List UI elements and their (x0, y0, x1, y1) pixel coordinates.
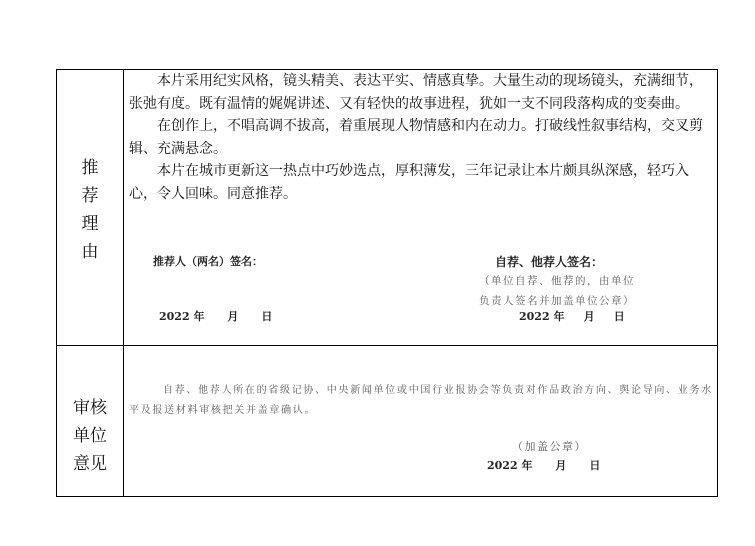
label-char: 理 (57, 210, 123, 238)
review-instruction-text: 自荐、他荐人所在的省级记协、中央新闻单位或中国行业报协会等负责对作品政治方向、舆… (129, 381, 715, 421)
self-recommender-signature-label: 自荐、他荐人签名： (495, 253, 603, 270)
label-char: 由 (57, 238, 123, 266)
self-recommender-date: 2022 年 月 日 (519, 308, 625, 324)
label-line: 审核 (57, 394, 123, 422)
review-date: 2022 年 月 日 (487, 457, 600, 473)
review-opinion-label: 审核 单位 意见 (57, 394, 123, 478)
label-char: 推 (57, 154, 123, 182)
label-line: 单位 (57, 422, 123, 450)
reason-paragraph: 本片在城市更新这一热点中巧妙选点，厚积薄发，三年记录让本片颇具纵深感，轻巧入心，… (129, 160, 709, 205)
recommendation-reason-label: 推 荐 理 由 (57, 154, 123, 266)
reason-paragraph: 在创作上，不唱高调不拔高，着重展现人物情感和内在动力。打破线性叙事结构，交叉剪辑… (129, 115, 709, 160)
recommender-date: 2022 年 月 日 (159, 308, 272, 324)
review-paragraph: 自荐、他荐人所在的省级记协、中央新闻单位或中国行业报协会等负责对作品政治方向、舆… (129, 381, 715, 421)
reason-paragraph: 本片采用纪实风格，镜头精美、表达平实、情感真挚。大量生动的现场镜头，充满细节，张… (129, 70, 709, 115)
label-char: 荐 (57, 182, 123, 210)
recommender-signature-label: 推荐人（两名）签名： (153, 253, 263, 269)
unit-signature-note: （单位自荐、他荐的，由单位 负责人签名并加盖单位公章） (457, 271, 657, 311)
recommendation-reason-text: 本片采用纪实风格，镜头精美、表达平实、情感真挚。大量生动的现场镜头，充满细节，张… (129, 70, 709, 205)
recommendation-form-table: 推 荐 理 由 本片采用纪实风格，镜头精美、表达平实、情感真挚。大量生动的现场镜… (56, 69, 718, 497)
column-divider (123, 70, 124, 496)
seal-note: （加盖公章） (512, 438, 587, 454)
label-line: 意见 (57, 450, 123, 478)
note-line: （单位自荐、他荐的，由单位 (457, 271, 657, 291)
row-divider (57, 345, 717, 346)
